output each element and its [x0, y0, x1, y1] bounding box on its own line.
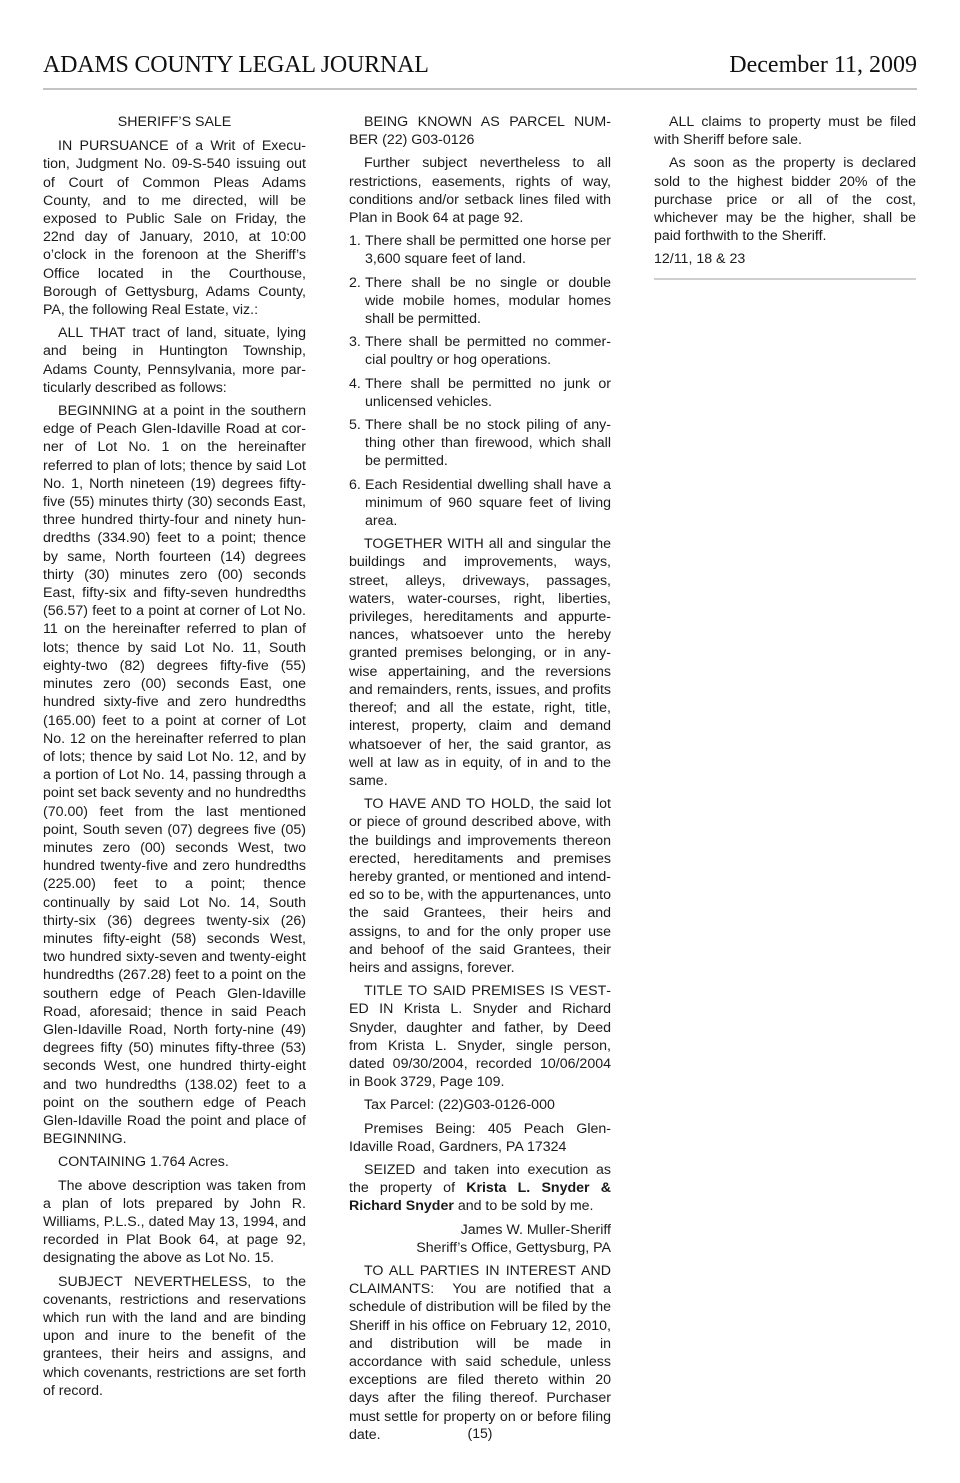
publication-dates: 12/11, 18 & 23 — [654, 250, 916, 268]
publication-title: ADAMS COUNTY LEGAL JOURNAL — [43, 52, 429, 79]
paragraph-tax-parcel: Tax Parcel: (22)G03-0126-000 — [349, 1096, 611, 1114]
restriction-item: 5.There shall be no stock piling of any­… — [349, 416, 611, 471]
restriction-number: 3. — [349, 333, 361, 351]
paragraph-seized: SEIZED and taken into execution as the p… — [349, 1161, 611, 1216]
notice-heading: SHERIFF’S SALE — [43, 113, 306, 131]
restriction-text: Each Residential dwelling shall have a m… — [365, 477, 611, 529]
paragraph-together-with: TOGETHER WITH all and singular the build… — [349, 535, 611, 790]
restriction-number: 2. — [349, 274, 361, 292]
paragraph-parties-in-interest: TO ALL PARTIES IN INTEREST AND CLAIMANTS… — [349, 1262, 611, 1444]
restrictions-list: 1.There shall be permitted one horse per… — [349, 232, 611, 530]
sheriff-office: Sheriff’s Office, Gettysburg, PA — [349, 1239, 611, 1257]
paragraph-further-subject: Further subject nevertheless to all rest… — [349, 154, 611, 227]
restriction-text: There shall be no single or double wide … — [365, 275, 611, 327]
paragraph-to-have-and-to-hold: TO HAVE AND TO HOLD, the said lot or pie… — [349, 795, 611, 977]
sheriff-name: James W. Muller-Sheriff — [349, 1221, 611, 1239]
column-1: SHERIFF’S SALE IN PURSUANCE of a Writ of… — [43, 113, 306, 1405]
paragraph-title-vested: TITLE TO SAID PREMISES IS VEST­ED IN Kri… — [349, 982, 611, 1091]
page-number: (15) — [0, 1425, 960, 1441]
restriction-item: 4.There shall be permitted no junk or un… — [349, 375, 611, 411]
restriction-item: 1.There shall be permitted one horse per… — [349, 232, 611, 268]
column-3: ALL claims to property must be filed wit… — [654, 113, 916, 280]
page-header: ADAMS COUNTY LEGAL JOURNAL December 11, … — [43, 52, 917, 90]
restriction-text: There shall be permitted no junk or unli… — [365, 376, 611, 410]
paragraph-subject-nevertheless: SUBJECT NEVERTHELESS, to the covenants, … — [43, 1273, 306, 1400]
paragraph-claims: ALL claims to property must be filed wit… — [654, 113, 916, 149]
restriction-text: There shall be no stock piling of any­th… — [365, 417, 611, 469]
restriction-text: There shall be permitted no commer­cial … — [365, 334, 611, 368]
restriction-number: 5. — [349, 416, 361, 434]
restriction-number: 4. — [349, 375, 361, 393]
paragraph-beginning: BEGINNING at a point in the southern edg… — [43, 402, 306, 1148]
paragraph-pursuance: IN PURSUANCE of a Writ of Execu­tion, Ju… — [43, 137, 306, 319]
column-2: BEING KNOWN AS PARCEL NUM­BER (22) G03-0… — [349, 113, 611, 1449]
seized-text-after: and to be sold by me. — [454, 1198, 594, 1214]
restriction-item: 6.Each Residential dwelling shall have a… — [349, 476, 611, 531]
paragraph-parcel-number: BEING KNOWN AS PARCEL NUM­BER (22) G03-0… — [349, 113, 611, 149]
sheriff-signature: James W. Muller-Sheriff Sheriff’s Office… — [349, 1221, 611, 1257]
paragraph-containing: CONTAINING 1.764 Acres. — [43, 1153, 306, 1171]
restriction-text: There shall be permitted one horse per 3… — [365, 233, 611, 267]
restriction-item: 2.There shall be no single or double wid… — [349, 274, 611, 329]
issue-date: December 11, 2009 — [729, 52, 917, 79]
paragraph-premises-being: Premises Being: 405 Peach Glen-Idaville … — [349, 1120, 611, 1156]
restriction-number: 6. — [349, 476, 361, 494]
paragraph-all-that-tract: ALL THAT tract of land, situate, lying a… — [43, 324, 306, 397]
paragraph-payment-terms: As soon as the property is declared sold… — [654, 154, 916, 245]
restriction-number: 1. — [349, 232, 361, 250]
section-divider — [654, 278, 916, 280]
restriction-item: 3.There shall be permitted no commer­cia… — [349, 333, 611, 369]
paragraph-description-source: The above description was taken from a p… — [43, 1177, 306, 1268]
